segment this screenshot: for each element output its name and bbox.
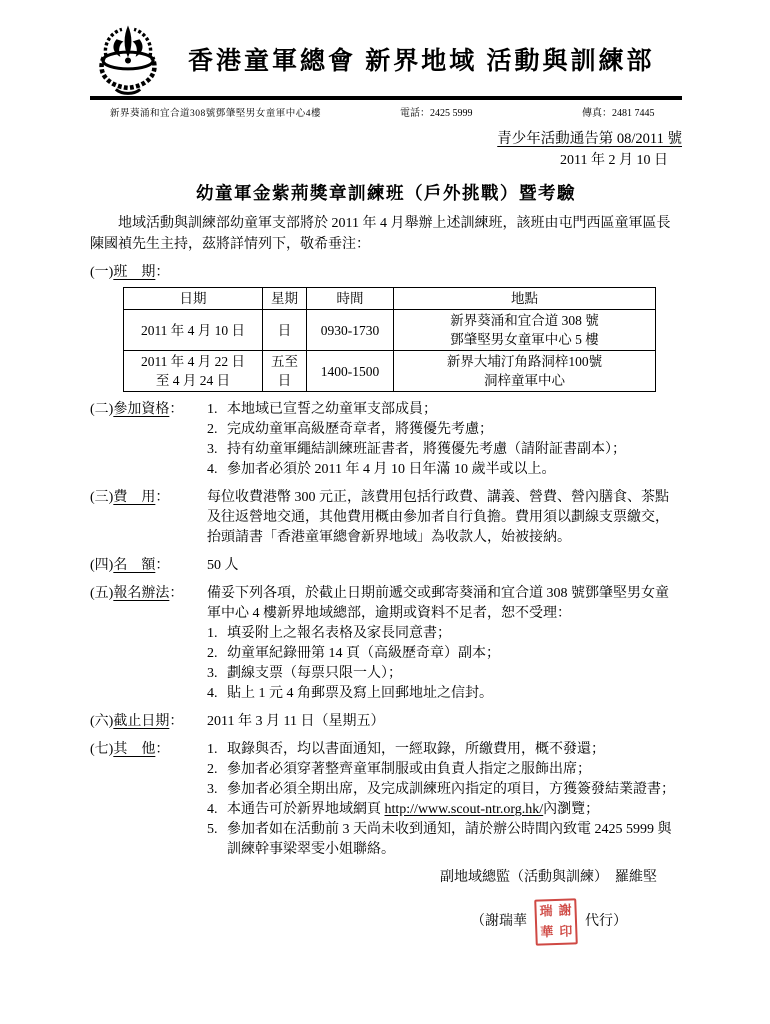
section-6-label: 截止日期 bbox=[113, 714, 169, 729]
notice-number-line: 青少年活動通告第 08/2011 號 bbox=[90, 129, 682, 149]
section-1-label: 班 期 bbox=[113, 265, 155, 280]
col-header-location: 地點 bbox=[394, 288, 656, 310]
section-6-colon: ： bbox=[169, 714, 183, 729]
list-item: 3.持有幼童軍繩結訓練班証書者，將獲優先考慮（請附証書副本）； bbox=[207, 440, 682, 460]
list-item: 4.參加者必須於 2011 年 4 月 10 日年滿 10 歲半或以上。 bbox=[207, 460, 682, 480]
item-text: 本地域已宣誓之幼童軍支部成員； bbox=[227, 400, 682, 420]
item-number: 3. bbox=[207, 780, 227, 800]
signatory-title-line: 副地域總監（活動與訓練） 羅維堅 bbox=[90, 868, 682, 888]
item-number: 2. bbox=[207, 420, 227, 440]
item-text: 完成幼童軍高級歷奇章者，將獲優先考慮； bbox=[227, 420, 682, 440]
section-fee: (三)費 用： 每位收費港幣 300 元正，該費用包括行政費、講義、營費、營內膳… bbox=[90, 488, 682, 548]
list-item: 4.貼上 1 元 4 角郵票及寫上回郵地址之信封。 bbox=[207, 684, 682, 704]
date-line: 2011 年 4 月 10 日 bbox=[126, 321, 260, 340]
location-line: 洞梓童軍中心 bbox=[396, 371, 653, 390]
section-4-head: (四)名 額： bbox=[90, 556, 207, 576]
section-5-intro: 備妥下列各項，於截止日期前遞交或郵寄葵涌和宜合道 308 號鄧肇堅男女童軍中心 … bbox=[207, 584, 682, 624]
document-date: 2011 年 2 月 10 日 bbox=[90, 151, 682, 171]
letterhead: 香港童軍總會 新界地域 活動與訓練部 bbox=[90, 20, 682, 96]
cell-date: 2011 年 4 月 22 日 至 4 月 24 日 bbox=[124, 351, 263, 392]
section-6-prefix: (六) bbox=[90, 714, 113, 729]
location-line: 新界大埔汀角路洞梓100號 bbox=[396, 352, 653, 371]
section-4-content: 50 人 bbox=[207, 556, 682, 576]
section-7-prefix: (七) bbox=[90, 742, 113, 757]
item-number: 2. bbox=[207, 644, 227, 664]
item-number: 3. bbox=[207, 440, 227, 460]
section-4-prefix: (四) bbox=[90, 558, 113, 573]
section-4-label: 名 額 bbox=[113, 558, 155, 573]
section-4-colon: ： bbox=[155, 558, 169, 573]
scout-emblem-logo bbox=[90, 19, 166, 99]
fax-number: 傳真：2481 7445 bbox=[582, 104, 682, 124]
item-number: 5. bbox=[207, 820, 227, 860]
location-line: 鄧肇堅男女童軍中心 5 樓 bbox=[396, 330, 653, 349]
cell-day: 日 bbox=[263, 310, 307, 351]
section-3-label: 費 用 bbox=[113, 490, 155, 505]
section-3-colon: ： bbox=[155, 490, 169, 505]
item-text: 填妥附上之報名表格及家長同意書； bbox=[227, 624, 682, 644]
section-7-head: (七)其 他： bbox=[90, 740, 207, 860]
list-item: 4.本通告可於新界地域網頁 http://www.scout-ntr.org.h… bbox=[207, 800, 682, 820]
item-number: 4. bbox=[207, 684, 227, 704]
list-item: 5.參加者如在活動前 3 天尚未收到通知，請於辦公時間內致電 2425 5999… bbox=[207, 820, 682, 860]
phone-number: 電話：2425 5999 bbox=[400, 104, 582, 124]
section-2-label: 參加資格 bbox=[113, 402, 169, 417]
list-item: 3.劃線支票（每票只限一人）； bbox=[207, 664, 682, 684]
signature-post: 代行） bbox=[585, 912, 627, 932]
item-text: 參加者必須於 2011 年 4 月 10 日年滿 10 歲半或以上。 bbox=[227, 460, 682, 480]
website-link[interactable]: http://www.scout-ntr.org.hk/ bbox=[385, 802, 544, 817]
item-text: 參加者如在活動前 3 天尚未收到通知，請於辦公時間內致電 2425 5999 與… bbox=[227, 820, 682, 860]
stamp-char: 印 bbox=[556, 921, 576, 943]
section-2-head: (二)參加資格： bbox=[90, 400, 207, 480]
section-3-content: 每位收費港幣 300 元正，該費用包括行政費、講義、營費、營內膳食、茶點及往返營… bbox=[207, 488, 682, 548]
section-7-label: 其 他 bbox=[113, 742, 155, 757]
cell-day: 五至日 bbox=[263, 351, 307, 392]
schedule-table: 日期 星期 時間 地點 2011 年 4 月 10 日 日 0930-1730 … bbox=[123, 287, 656, 392]
list-item: 2.參加者必須穿著整齊童軍制服或由負責人指定之服飾出席； bbox=[207, 760, 682, 780]
item-number: 1. bbox=[207, 740, 227, 760]
schedule-header-row: 日期 星期 時間 地點 bbox=[124, 288, 656, 310]
office-address: 新界葵涌和宜合道308號鄧肇堅男女童軍中心4樓 bbox=[90, 104, 400, 124]
item-text: 持有幼童軍繩結訓練班証書者，將獲優先考慮（請附証書副本）； bbox=[227, 440, 682, 460]
sections: (一)班 期： 日期 星期 時間 地點 2011 年 4 月 10 日 日 09… bbox=[90, 263, 682, 860]
organization-title: 香港童軍總會 新界地域 活動與訓練部 bbox=[188, 52, 655, 72]
list-item: 2.完成幼童軍高級歷奇章者，將獲優先考慮； bbox=[207, 420, 682, 440]
item-number: 1. bbox=[207, 624, 227, 644]
section-5-colon: ： bbox=[169, 586, 183, 601]
cell-location: 新界葵涌和宜合道 308 號 鄧肇堅男女童軍中心 5 樓 bbox=[394, 310, 656, 351]
item-text-pre: 本通告可於新界地域網頁 bbox=[227, 802, 385, 817]
section-3-prefix: (三) bbox=[90, 490, 113, 505]
section-7-content: 1.取錄與否，均以書面通知，一經取錄，所繳費用，概不發還； 2.參加者必須穿著整… bbox=[207, 740, 682, 860]
section-1-colon: ： bbox=[155, 265, 169, 280]
item-number: 1. bbox=[207, 400, 227, 420]
col-header-day: 星期 bbox=[263, 288, 307, 310]
item-number: 2. bbox=[207, 760, 227, 780]
section-5-head: (五)報名辦法： bbox=[90, 584, 207, 704]
contact-info-row: 新界葵涌和宜合道308號鄧肇堅男女童軍中心4樓 電話：2425 5999 傳真：… bbox=[90, 104, 682, 124]
section-2-content: 1.本地域已宣誓之幼童軍支部成員； 2.完成幼童軍高級歷奇章者，將獲優先考慮； … bbox=[207, 400, 682, 480]
item-text: 取錄與否，均以書面通知，一經取錄，所繳費用，概不發還； bbox=[227, 740, 682, 760]
section-6-head: (六)截止日期： bbox=[90, 712, 207, 732]
cell-location: 新界大埔汀角路洞梓100號 洞梓童軍中心 bbox=[394, 351, 656, 392]
col-header-date: 日期 bbox=[124, 288, 263, 310]
signature-pre: （謝瑞華 bbox=[471, 912, 527, 932]
section-7-colon: ： bbox=[155, 742, 169, 757]
section-2-colon: ： bbox=[169, 402, 183, 417]
date-line: 2011 年 4 月 22 日 bbox=[126, 352, 260, 371]
list-item: 1.本地域已宣誓之幼童軍支部成員； bbox=[207, 400, 682, 420]
cell-date: 2011 年 4 月 10 日 bbox=[124, 310, 263, 351]
item-text: 參加者必須穿著整齊童軍制服或由負責人指定之服飾出席； bbox=[227, 760, 682, 780]
list-item: 3.參加者必須全期出席，及完成訓練班內指定的項目，方獲簽發結業證書； bbox=[207, 780, 682, 800]
red-seal-stamp: 瑞 謝 華 印 bbox=[534, 898, 578, 945]
table-row: 2011 年 4 月 10 日 日 0930-1730 新界葵涌和宜合道 308… bbox=[124, 310, 656, 351]
date-line: 至 4 月 24 日 bbox=[126, 371, 260, 390]
item-text: 幼童軍紀錄冊第 14 頁（高級歷奇章）副本； bbox=[227, 644, 682, 664]
list-item: 1.取錄與否，均以書面通知，一經取錄，所繳費用，概不發還； bbox=[207, 740, 682, 760]
signature-line: （謝瑞華 瑞 謝 華 印 代行） bbox=[90, 896, 682, 948]
cell-time: 1400-1500 bbox=[307, 351, 394, 392]
section-quota: (四)名 額： 50 人 bbox=[90, 556, 682, 576]
section-application: (五)報名辦法： 備妥下列各項，於截止日期前遞交或郵寄葵涌和宜合道 308 號鄧… bbox=[90, 584, 682, 704]
intro-paragraph: 地域活動與訓練部幼童軍支部將於 2011 年 4 月舉辦上述訓練班，該班由屯門西… bbox=[90, 213, 682, 255]
document-page: 香港童軍總會 新界地域 活動與訓練部 新界葵涌和宜合道308號鄧肇堅男女童軍中心… bbox=[0, 0, 770, 948]
section-1-prefix: (一) bbox=[90, 265, 113, 280]
item-text: 本通告可於新界地域網頁 http://www.scout-ntr.org.hk/… bbox=[227, 800, 682, 820]
section-5-label: 報名辦法 bbox=[113, 586, 169, 601]
item-text: 劃線支票（每票只限一人）； bbox=[227, 664, 682, 684]
item-text: 參加者必須全期出席，及完成訓練班內指定的項目，方獲簽發結業證書； bbox=[227, 780, 682, 800]
list-item: 2.幼童軍紀錄冊第 14 頁（高級歷奇章）副本； bbox=[207, 644, 682, 664]
stamp-char: 謝 bbox=[555, 900, 575, 922]
location-line: 新界葵涌和宜合道 308 號 bbox=[396, 311, 653, 330]
item-number: 3. bbox=[207, 664, 227, 684]
section-6-content: 2011 年 3 月 11 日（星期五） bbox=[207, 712, 682, 732]
table-row: 2011 年 4 月 22 日 至 4 月 24 日 五至日 1400-1500… bbox=[124, 351, 656, 392]
cell-time: 0930-1730 bbox=[307, 310, 394, 351]
section-3-head: (三)費 用： bbox=[90, 488, 207, 548]
section-eligibility: (二)參加資格： 1.本地域已宣誓之幼童軍支部成員； 2.完成幼童軍高級歷奇章者… bbox=[90, 400, 682, 480]
list-item: 1.填妥附上之報名表格及家長同意書； bbox=[207, 624, 682, 644]
item-number: 4. bbox=[207, 460, 227, 480]
section-deadline: (六)截止日期： 2011 年 3 月 11 日（星期五） bbox=[90, 712, 682, 732]
document-title: 幼童軍金紫荊獎章訓練班（戶外挑戰）暨考驗 bbox=[90, 183, 682, 203]
section-class-dates: (一)班 期： 日期 星期 時間 地點 2011 年 4 月 10 日 日 09… bbox=[90, 263, 682, 392]
header-divider bbox=[90, 96, 682, 100]
section-others: (七)其 他： 1.取錄與否，均以書面通知，一經取錄，所繳費用，概不發還； 2.… bbox=[90, 740, 682, 860]
col-header-time: 時間 bbox=[307, 288, 394, 310]
stamp-char: 華 bbox=[537, 922, 557, 944]
item-text: 貼上 1 元 4 角郵票及寫上回郵地址之信封。 bbox=[227, 684, 682, 704]
section-1-head: (一)班 期： bbox=[90, 263, 207, 283]
section-2-prefix: (二) bbox=[90, 402, 113, 417]
section-5-content: 備妥下列各項，於截止日期前遞交或郵寄葵涌和宜合道 308 號鄧肇堅男女童軍中心 … bbox=[207, 584, 682, 704]
item-number: 4. bbox=[207, 800, 227, 820]
section-5-prefix: (五) bbox=[90, 586, 113, 601]
notice-number: 青少年活動通告第 08/2011 號 bbox=[497, 131, 682, 147]
stamp-char: 瑞 bbox=[536, 901, 556, 923]
item-text-post: 內瀏覽； bbox=[543, 802, 599, 817]
